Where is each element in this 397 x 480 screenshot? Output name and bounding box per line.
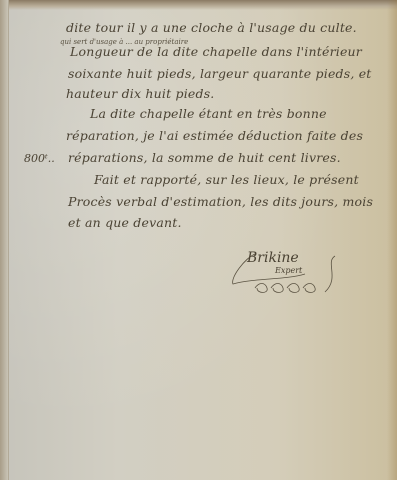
text-line-3: soixante huit pieds, largeur quarante pi… (68, 66, 372, 81)
page-binding (0, 0, 9, 480)
text-line-1: dite tour il y a une cloche à l'usage du… (66, 20, 357, 35)
text-line-5: La dite chapelle étant en très bonne (90, 106, 327, 121)
text-line-2: Longueur de la dite chapelle dans l'inté… (70, 44, 362, 59)
signature-title: Expert (275, 266, 302, 275)
text-line-9: Procès verbal d'estimation, les dits jou… (68, 194, 373, 209)
margin-amount-note: 800ᵗ.. (24, 152, 55, 165)
signature-name: Brikine (247, 250, 299, 266)
signature: Brikine Expert (225, 248, 355, 308)
text-line-8: Fait et rapporté, sur les lieux, le prés… (94, 172, 359, 187)
text-line-4: hauteur dix huit pieds. (66, 86, 214, 101)
page-top-edge (0, 0, 397, 10)
manuscript-page: dite tour il y a une cloche à l'usage du… (0, 0, 397, 480)
page-edge-shadow (387, 0, 397, 480)
text-line-10: et an que devant. (68, 215, 182, 230)
text-line-6: réparation, je l'ai estimée déduction fa… (66, 128, 363, 143)
text-line-7: réparations, la somme de huit cent livre… (68, 150, 341, 165)
